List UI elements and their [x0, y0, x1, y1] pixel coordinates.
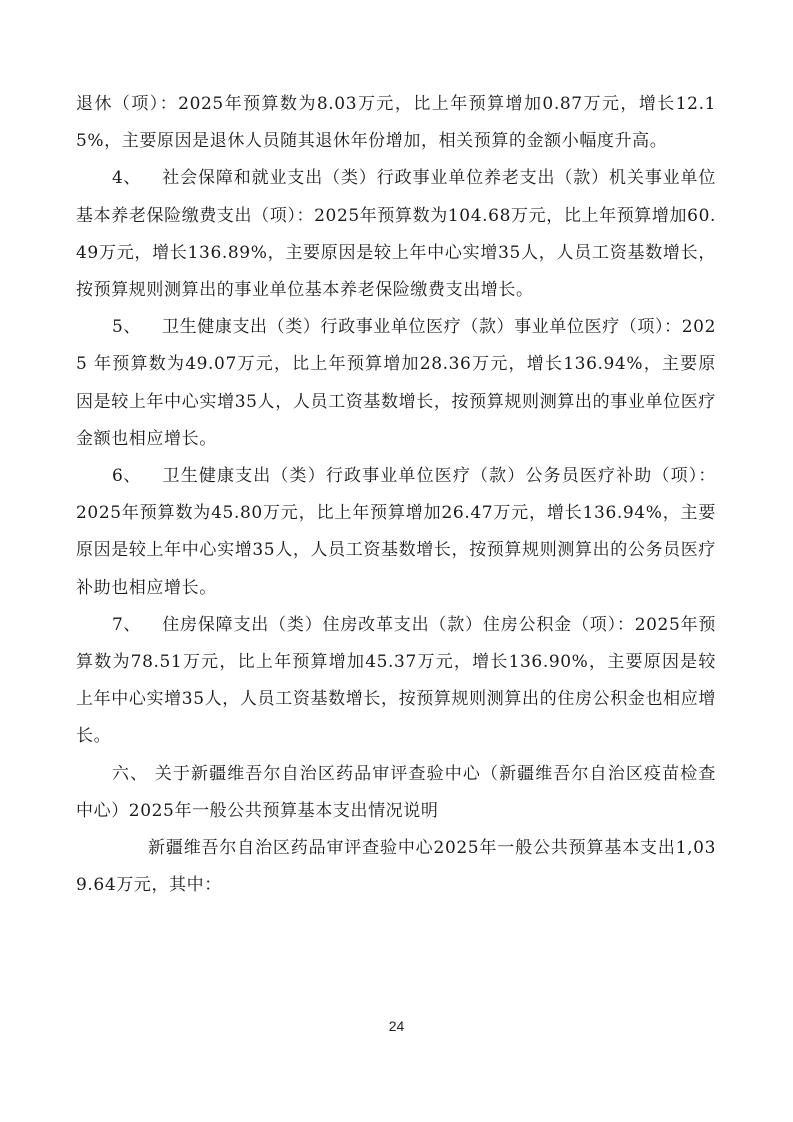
section-heading-text: 关于新疆维吾尔自治区药品审评查验中心（新疆维吾尔自治区疫苗检查中心）2025年一… [76, 764, 716, 821]
paragraph-item-4: 4、社会保障和就业支出（类）行政事业单位养老支出（款）机关事业单位基本养老保险缴… [76, 160, 716, 309]
paragraph-text: 住房保障支出（类）住房改革支出（款）住房公积金（项）：2025年预算数为78.5… [76, 615, 716, 747]
paragraph-text: 卫生健康支出（类）行政事业单位医疗（款）公务员医疗补助（项）： 2025年预算数… [76, 466, 716, 598]
paragraph-item-6: 6、卫生健康支出（类）行政事业单位医疗（款）公务员医疗补助（项）： 2025年预… [76, 458, 716, 607]
list-number: 7、 [112, 607, 162, 644]
paragraph-text: 社会保障和就业支出（类）行政事业单位养老支出（款）机关事业单位基本养老保险缴费支… [76, 168, 716, 300]
page-number: 24 [0, 1018, 793, 1034]
list-number: 4、 [112, 160, 162, 197]
paragraph-item-5: 5、卫生健康支出（类）行政事业单位医疗（款）事业单位医疗（项）：2025 年预算… [76, 309, 716, 458]
section-number: 六、 [112, 764, 148, 784]
list-number: 6、 [112, 458, 162, 495]
paragraph-section-6-body: 新疆维吾尔自治区药品审评查验中心2025年一般公共预算基本支出1,039.64万… [76, 830, 716, 904]
section-heading-6: 六、 关于新疆维吾尔自治区药品审评查验中心（新疆维吾尔自治区疫苗检查中心）202… [76, 756, 716, 830]
paragraph-retirement: 退休（项）：2025年预算数为8.03万元，比上年预算增加0.87万元，增长12… [76, 86, 716, 160]
paragraph-text: 新疆维吾尔自治区药品审评查验中心2025年一般公共预算基本支出1,039.64万… [76, 838, 716, 895]
paragraph-text: 卫生健康支出（类）行政事业单位医疗（款）事业单位医疗（项）：2025 年预算数为… [76, 317, 716, 449]
paragraph-item-7: 7、住房保障支出（类）住房改革支出（款）住房公积金（项）：2025年预算数为78… [76, 607, 716, 756]
paragraph-text: 退休（项）：2025年预算数为8.03万元，比上年预算增加0.87万元，增长12… [76, 94, 716, 151]
list-number: 5、 [112, 309, 162, 346]
document-page: 退休（项）：2025年预算数为8.03万元，比上年预算增加0.87万元，增长12… [76, 86, 716, 904]
